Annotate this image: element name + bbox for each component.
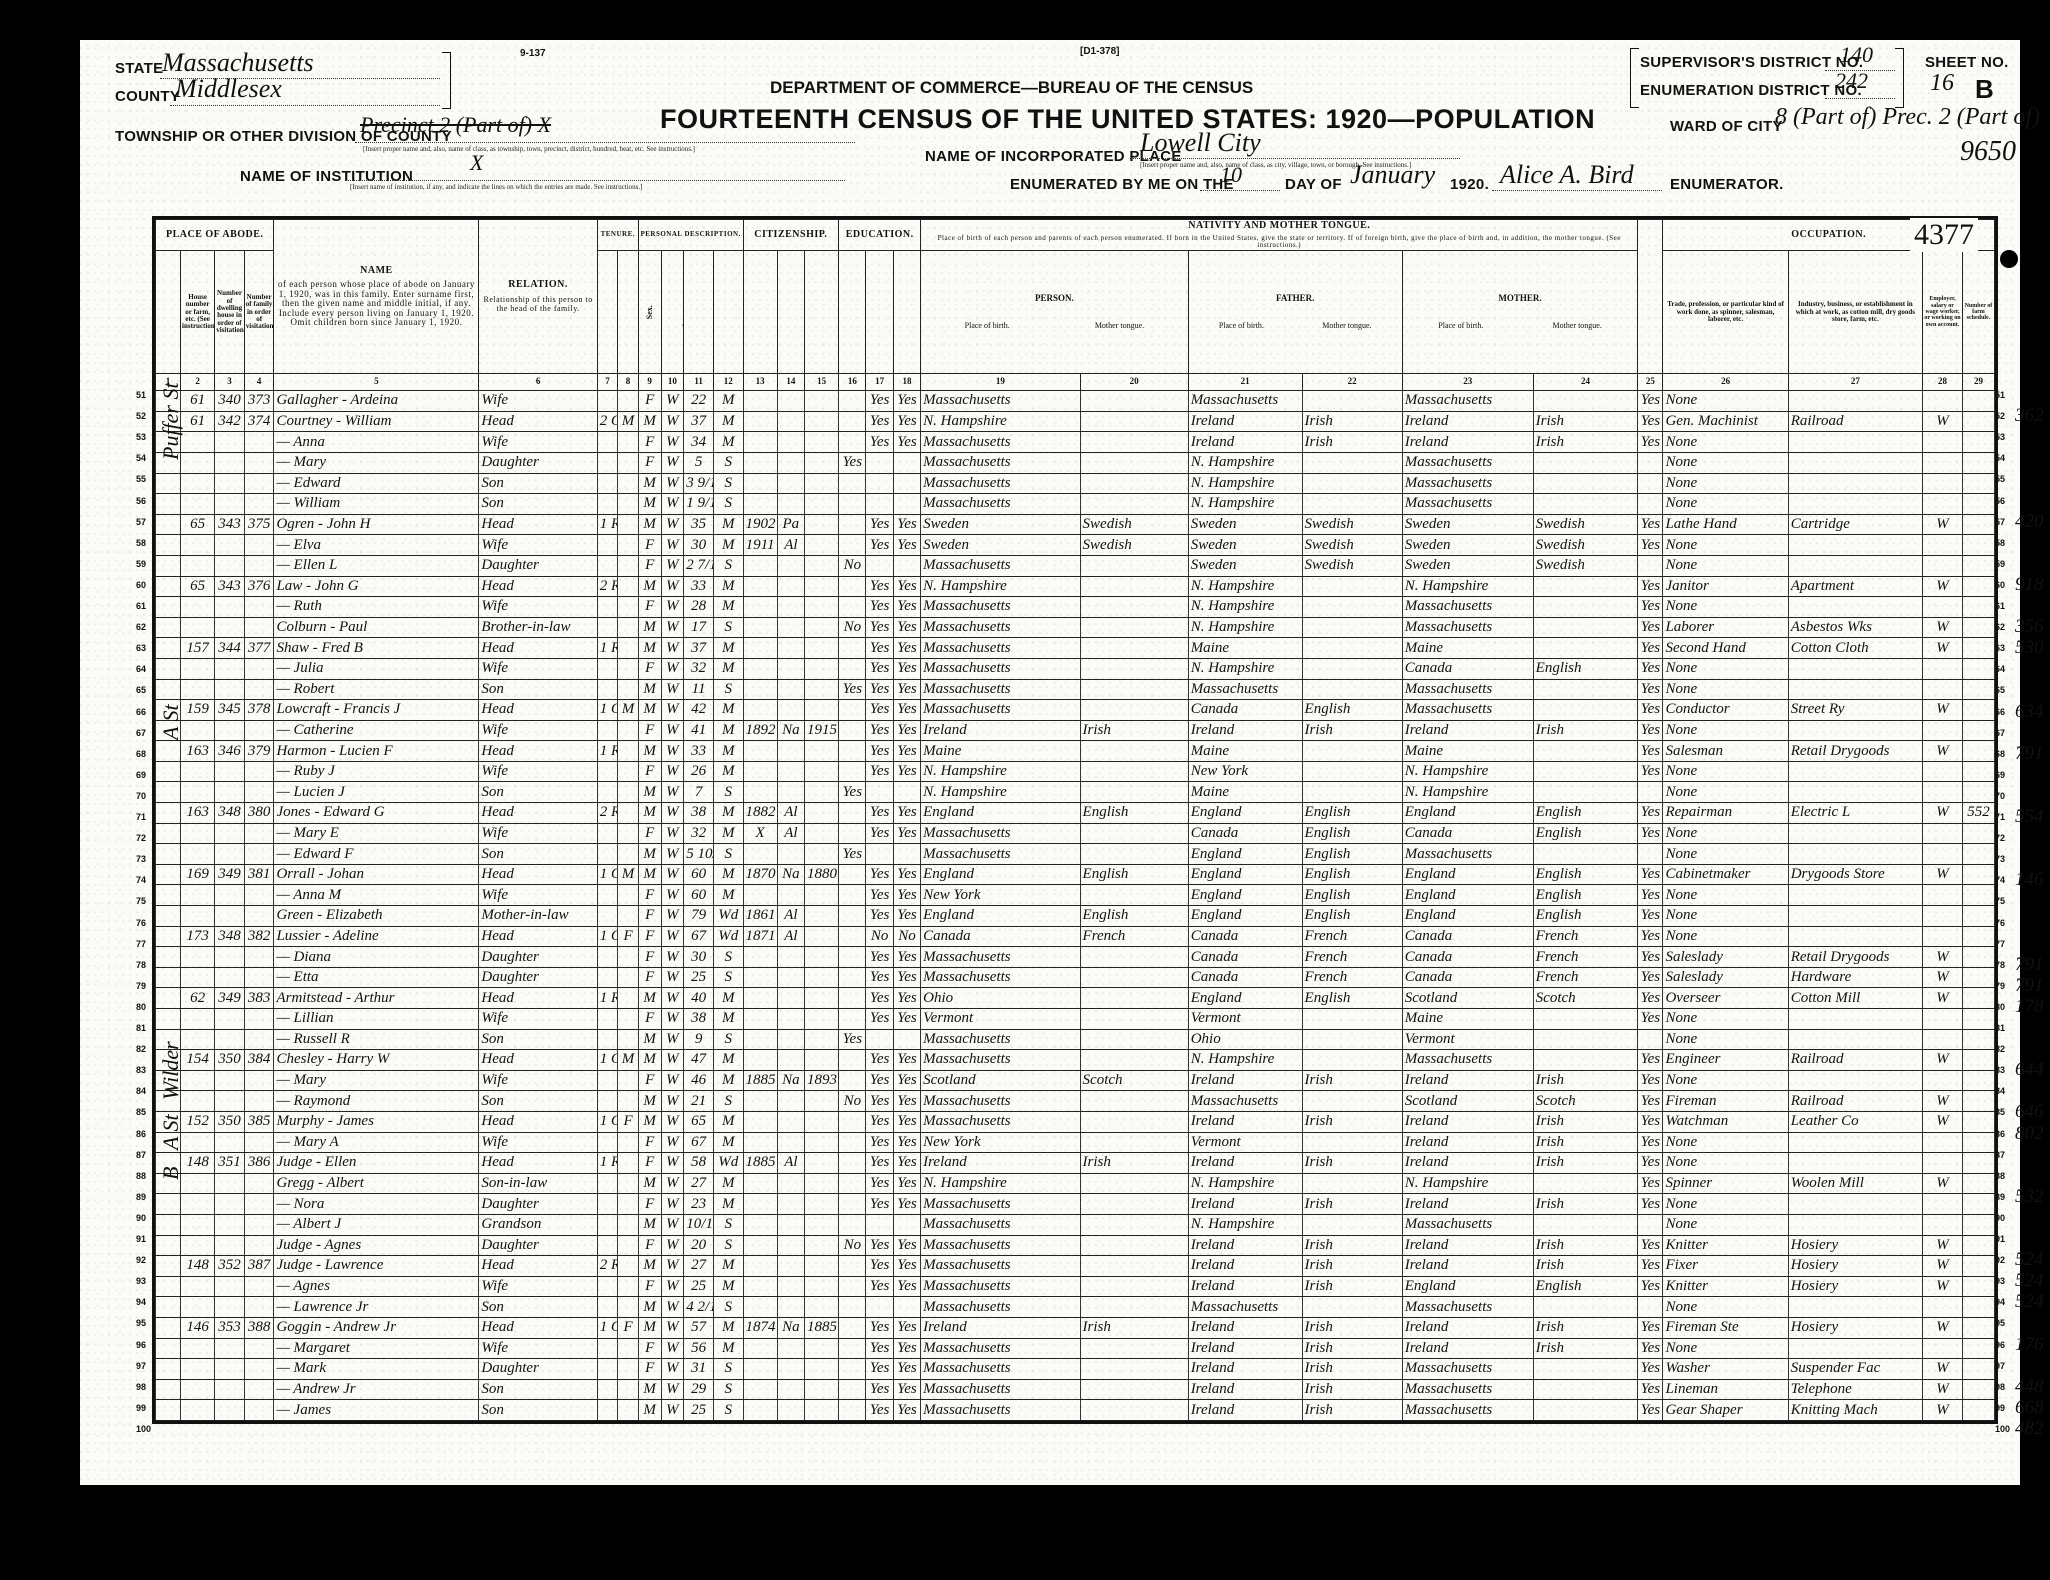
cell-owned: [597, 1359, 617, 1380]
line-number: 96: [1995, 1340, 2005, 1350]
cell-pob: Ireland: [921, 1317, 1080, 1338]
cell-nat: [777, 411, 804, 432]
cell-street: [156, 576, 181, 597]
census-table-container: PLACE OF ABODE. NAME of each person whos…: [152, 216, 1998, 1424]
cell-class: W: [1923, 967, 1963, 988]
cell-age: 32: [684, 823, 714, 844]
cell-class: [1923, 1132, 1963, 1153]
cell-age: 35: [684, 514, 714, 535]
line-number-left: 57: [136, 517, 146, 527]
occupation-code: 918: [2015, 574, 2044, 596]
cell-street: [156, 1379, 181, 1400]
occupation-code: 634: [2015, 701, 2044, 723]
cell-house: [181, 1194, 215, 1215]
cell-industry: Retail Drygoods: [1788, 947, 1922, 968]
cell-immig: [743, 1400, 777, 1421]
cell-owned: [597, 1297, 617, 1318]
cell-relation: Son: [479, 1379, 597, 1400]
cell-natyr: [805, 432, 839, 453]
cell-m_tongue: Irish: [1533, 1153, 1638, 1174]
cell-immig: [743, 782, 777, 803]
line-number: 71: [1995, 812, 2005, 822]
cell-read: Yes: [866, 1194, 893, 1215]
cell-farm: [1962, 988, 1994, 1009]
cell-natyr: [805, 1276, 839, 1297]
township-note: [Insert proper name and, also, name of c…: [363, 145, 695, 153]
col-number-12: 12: [713, 374, 743, 391]
cell-school: [839, 947, 866, 968]
cell-sex: F: [638, 823, 661, 844]
cell-immig: X: [743, 823, 777, 844]
cell-farm: [1962, 432, 1994, 453]
cell-family: [244, 844, 274, 865]
cell-natyr: [805, 1256, 839, 1277]
cell-f_tongue: [1302, 679, 1402, 700]
enumeration-line: [1825, 98, 1895, 99]
cell-owned: [597, 617, 617, 638]
cell-sex: M: [638, 576, 661, 597]
cell-farm: [1962, 1317, 1994, 1338]
cell-trade: None: [1663, 844, 1788, 865]
table-row: — MargaretWifeFW56MYesYesMassachusettsIr…: [156, 1338, 1995, 1359]
cell-natyr: [805, 906, 839, 927]
occupation-code: 178: [2015, 996, 2044, 1018]
cell-english: Yes: [1638, 638, 1663, 659]
cell-f_pob: New York: [1188, 761, 1302, 782]
cell-pob: Massachusetts: [921, 1194, 1080, 1215]
cell-school: [839, 432, 866, 453]
cell-m_tongue: Irish: [1533, 1256, 1638, 1277]
cell-dwelling: 351: [215, 1153, 245, 1174]
line-number: 52: [1995, 411, 2005, 421]
cell-street: [156, 885, 181, 906]
cell-m_pob: N. Hampshire: [1402, 782, 1533, 803]
cell-house: 61: [181, 391, 215, 412]
cell-pob: N. Hampshire: [921, 576, 1080, 597]
table-row: Judge - AgnesDaughterFW20SNoYesYesMassac…: [156, 1235, 1995, 1256]
cell-f_tongue: [1302, 617, 1402, 638]
cell-m_tongue: English: [1533, 864, 1638, 885]
col-number-10: 10: [661, 374, 684, 391]
cell-industry: [1788, 1153, 1922, 1174]
cell-school: Yes: [839, 782, 866, 803]
cell-nat: [777, 494, 804, 515]
group-name: NAME of each person whose place of abode…: [274, 220, 479, 374]
line-number-left: 88: [136, 1171, 146, 1181]
cell-owned: [597, 1173, 617, 1194]
cell-nat: [777, 555, 804, 576]
cell-house: [181, 494, 215, 515]
cell-marital: M: [713, 1132, 743, 1153]
enum-month: January: [1350, 160, 1435, 190]
cell-name: Judge - Agnes: [274, 1235, 479, 1256]
cell-class: [1923, 1029, 1963, 1050]
cell-f_pob: Canada: [1188, 700, 1302, 721]
cell-house: [181, 1091, 215, 1112]
cell-f_tongue: [1302, 1214, 1402, 1235]
cell-m_tongue: English: [1533, 823, 1638, 844]
cell-sex: M: [638, 1297, 661, 1318]
cell-m_tongue: Irish: [1533, 1235, 1638, 1256]
cell-industry: [1788, 782, 1922, 803]
cell-mortgage: [618, 844, 638, 865]
line-number: 73: [1995, 854, 2005, 864]
cell-marital: S: [713, 782, 743, 803]
cell-read: [866, 473, 893, 494]
street-note: Puffer St: [158, 382, 184, 460]
col-3-header: Number of dwelling house in order of vis…: [215, 251, 245, 374]
cell-street: [156, 1297, 181, 1318]
cell-m_pob: Maine: [1402, 638, 1533, 659]
cell-industry: [1788, 1009, 1922, 1030]
cell-race: W: [661, 1173, 684, 1194]
cell-immig: 1871: [743, 926, 777, 947]
cell-industry: [1788, 1297, 1922, 1318]
cell-farm: 552: [1962, 803, 1994, 824]
cell-name: Gallagher - Ardeina: [274, 391, 479, 412]
cell-owned: [597, 1194, 617, 1215]
cell-f_pob: England: [1188, 864, 1302, 885]
cell-natyr: [805, 1235, 839, 1256]
cell-m_tongue: English: [1533, 906, 1638, 927]
cell-m_tongue: [1533, 1297, 1638, 1318]
cell-f_tongue: Swedish: [1302, 535, 1402, 556]
cell-school: [839, 720, 866, 741]
cell-family: 386: [244, 1153, 274, 1174]
cell-mortgage: [618, 1091, 638, 1112]
cell-tongue: [1080, 1400, 1188, 1421]
cell-read: Yes: [866, 679, 893, 700]
col-number-16: 16: [839, 374, 866, 391]
cell-sex: F: [638, 926, 661, 947]
cell-tongue: [1080, 1276, 1188, 1297]
cell-owned: [597, 720, 617, 741]
cell-pob: Massachusetts: [921, 947, 1080, 968]
cell-sex: M: [638, 494, 661, 515]
township-line: [355, 142, 855, 143]
cell-pob: Ireland: [921, 1153, 1080, 1174]
cell-m_pob: Massachusetts: [1402, 391, 1533, 412]
cell-class: W: [1923, 1111, 1963, 1132]
cell-school: Yes: [839, 452, 866, 473]
cell-house: [181, 1297, 215, 1318]
cell-f_pob: Ireland: [1188, 1256, 1302, 1277]
cell-farm: [1962, 782, 1994, 803]
cell-english: [1638, 555, 1663, 576]
cell-trade: None: [1663, 473, 1788, 494]
cell-relation: Head: [479, 1317, 597, 1338]
cell-street: [156, 803, 181, 824]
cell-dwelling: [215, 679, 245, 700]
cell-race: W: [661, 761, 684, 782]
cell-f_pob: England: [1188, 803, 1302, 824]
cell-age: 1 9/12: [684, 494, 714, 515]
cell-name: Jones - Edward G: [274, 803, 479, 824]
cell-mortgage: [618, 761, 638, 782]
cell-m_tongue: Irish: [1533, 1317, 1638, 1338]
col-number-26: 26: [1663, 374, 1788, 391]
cell-read: Yes: [866, 391, 893, 412]
cell-owned: [597, 1029, 617, 1050]
enum-day: 10: [1220, 162, 1242, 188]
cell-natyr: [805, 1359, 839, 1380]
line-number: 100: [1995, 1424, 2010, 1434]
cell-m_tongue: [1533, 1379, 1638, 1400]
cell-f_tongue: [1302, 1173, 1402, 1194]
cell-english: Yes: [1638, 1338, 1663, 1359]
cell-class: [1923, 1338, 1963, 1359]
cell-house: [181, 452, 215, 473]
cell-immig: 1885: [743, 1070, 777, 1091]
cell-nat: [777, 391, 804, 412]
cell-house: 65: [181, 576, 215, 597]
relation-heading: RELATION.: [480, 280, 595, 291]
line-number: 55: [1995, 474, 2005, 484]
cell-relation: Son: [479, 494, 597, 515]
cell-dwelling: [215, 452, 245, 473]
cell-write: Yes: [893, 803, 920, 824]
cell-f_tongue: [1302, 1050, 1402, 1071]
cell-race: W: [661, 658, 684, 679]
cell-f_pob: Ireland: [1188, 1359, 1302, 1380]
cell-trade: Knitter: [1663, 1276, 1788, 1297]
cell-relation: Head: [479, 411, 597, 432]
cell-relation: Wife: [479, 1276, 597, 1297]
cell-m_pob: Ireland: [1402, 1132, 1533, 1153]
cell-f_pob: N. Hampshire: [1188, 617, 1302, 638]
cell-school: No: [839, 1235, 866, 1256]
cell-mortgage: [618, 885, 638, 906]
cell-m_pob: England: [1402, 885, 1533, 906]
col-number-15: 15: [805, 374, 839, 391]
cell-dwelling: [215, 1379, 245, 1400]
table-row: — RobertSonMW11SYesYesYesMassachusettsMa…: [156, 679, 1995, 700]
cell-read: Yes: [866, 885, 893, 906]
cell-dwelling: 343: [215, 576, 245, 597]
cell-f_pob: England: [1188, 988, 1302, 1009]
cell-age: 7: [684, 782, 714, 803]
cell-english: Yes: [1638, 535, 1663, 556]
line-number-left: 54: [136, 453, 146, 463]
cell-street: [156, 494, 181, 515]
occupation-code: 524: [2015, 1291, 2044, 1313]
cell-sex: M: [638, 1029, 661, 1050]
cell-street: [156, 638, 181, 659]
cell-natyr: [805, 452, 839, 473]
cell-age: 58: [684, 1153, 714, 1174]
cell-industry: [1788, 679, 1922, 700]
group-abode: PLACE OF ABODE.: [156, 220, 274, 251]
cell-english: Yes: [1638, 1235, 1663, 1256]
cell-street: [156, 741, 181, 762]
cell-pob: Massachusetts: [921, 391, 1080, 412]
cell-natyr: [805, 947, 839, 968]
cell-f_pob: Canada: [1188, 926, 1302, 947]
line-number-left: 64: [136, 664, 146, 674]
cell-f_tongue: Irish: [1302, 411, 1402, 432]
cell-tongue: [1080, 638, 1188, 659]
cell-marital: M: [713, 885, 743, 906]
cell-family: [244, 473, 274, 494]
cell-sex: F: [638, 1359, 661, 1380]
cell-name: — Lillian: [274, 1009, 479, 1030]
cell-sex: F: [638, 452, 661, 473]
township-value: Precinct 2 (Part of) X: [360, 112, 551, 138]
cell-english: Yes: [1638, 1359, 1663, 1380]
cell-family: [244, 885, 274, 906]
col-number-8: 8: [618, 374, 638, 391]
cell-relation: Mother-in-law: [479, 906, 597, 927]
cell-m_tongue: Swedish: [1533, 555, 1638, 576]
cell-tongue: [1080, 432, 1188, 453]
cell-sex: F: [638, 1235, 661, 1256]
cell-industry: [1788, 1070, 1922, 1091]
cell-farm: [1962, 679, 1994, 700]
cell-f_tongue: Swedish: [1302, 555, 1402, 576]
cell-farm: [1962, 947, 1994, 968]
cell-age: 23: [684, 1194, 714, 1215]
cell-name: Goggin - Andrew Jr: [274, 1317, 479, 1338]
line-number-left: 85: [136, 1107, 146, 1117]
cell-industry: Hosiery: [1788, 1317, 1922, 1338]
cell-trade: Gear Shaper: [1663, 1400, 1788, 1421]
cell-m_tongue: English: [1533, 1276, 1638, 1297]
cell-dwelling: [215, 1359, 245, 1380]
cell-family: [244, 967, 274, 988]
cell-age: 11: [684, 679, 714, 700]
cell-immig: [743, 1029, 777, 1050]
cell-owned: 1 R: [597, 514, 617, 535]
cell-relation: Wife: [479, 1070, 597, 1091]
cell-name: — Diana: [274, 947, 479, 968]
enumeration-label: ENUMERATION DISTRICT NO.: [1640, 82, 1862, 99]
cell-family: [244, 1276, 274, 1297]
cell-marital: S: [713, 1359, 743, 1380]
cell-family: 375: [244, 514, 274, 535]
cell-trade: None: [1663, 555, 1788, 576]
line-number-left: 97: [136, 1361, 146, 1371]
cell-mortgage: [618, 1400, 638, 1421]
cell-f_pob: Vermont: [1188, 1132, 1302, 1153]
cell-write: [893, 452, 920, 473]
cell-farm: [1962, 864, 1994, 885]
cell-m_tongue: [1533, 452, 1638, 473]
cell-marital: M: [713, 864, 743, 885]
cell-f_tongue: [1302, 1029, 1402, 1050]
cell-race: W: [661, 391, 684, 412]
cell-f_tongue: Irish: [1302, 1153, 1402, 1174]
cell-immig: [743, 1091, 777, 1112]
cell-sex: M: [638, 1173, 661, 1194]
cell-street: [156, 1338, 181, 1359]
cell-f_tongue: [1302, 1297, 1402, 1318]
cell-sex: M: [638, 514, 661, 535]
cell-natyr: [805, 1091, 839, 1112]
cell-f_tongue: English: [1302, 885, 1402, 906]
cell-f_tongue: Irish: [1302, 1235, 1402, 1256]
line-number-left: 58: [136, 538, 146, 548]
cell-immig: 1870: [743, 864, 777, 885]
cell-trade: Gen. Machinist: [1663, 411, 1788, 432]
cell-immig: [743, 700, 777, 721]
cell-class: [1923, 432, 1963, 453]
table-row: — AgnesWifeFW25MYesYesMassachusettsIrela…: [156, 1276, 1995, 1297]
cell-class: W: [1923, 864, 1963, 885]
cell-trade: Watchman: [1663, 1111, 1788, 1132]
cell-street: [156, 782, 181, 803]
cell-f_tongue: English: [1302, 906, 1402, 927]
cell-age: 17: [684, 617, 714, 638]
cell-natyr: [805, 823, 839, 844]
cell-class: W: [1923, 1173, 1963, 1194]
line-number-left: 51: [136, 390, 146, 400]
occupation-code: 524: [2015, 1249, 2044, 1271]
nativity-heading: NATIVITY AND MOTHER TONGUE.: [922, 221, 1636, 232]
cell-f_tongue: Irish: [1302, 432, 1402, 453]
cell-english: Yes: [1638, 1400, 1663, 1421]
cell-read: Yes: [866, 658, 893, 679]
line-number-left: 86: [136, 1129, 146, 1139]
line-number: 61: [1995, 601, 2005, 611]
cell-mortgage: [618, 514, 638, 535]
cell-pob: Ireland: [921, 720, 1080, 741]
cell-write: Yes: [893, 947, 920, 968]
table-row: 169349381Orrall - JohanHead1 OMMW60M1870…: [156, 864, 1995, 885]
cell-house: [181, 535, 215, 556]
cell-dwelling: [215, 1235, 245, 1256]
cell-relation: Daughter: [479, 452, 597, 473]
cell-marital: S: [713, 967, 743, 988]
cell-marital: S: [713, 1235, 743, 1256]
cell-name: Courtney - William: [274, 411, 479, 432]
line-number: 81: [1995, 1023, 2005, 1033]
cell-farm: [1962, 638, 1994, 659]
line-number-left: 63: [136, 643, 146, 653]
cell-name: Murphy - James: [274, 1111, 479, 1132]
cell-immig: [743, 1297, 777, 1318]
cell-m_pob: Massachusetts: [1402, 597, 1533, 618]
cell-marital: S: [713, 947, 743, 968]
cell-race: W: [661, 844, 684, 865]
cell-nat: [777, 741, 804, 762]
cell-m_pob: N. Hampshire: [1402, 576, 1533, 597]
cell-race: W: [661, 823, 684, 844]
cell-sex: M: [638, 864, 661, 885]
cell-mortgage: [618, 432, 638, 453]
cell-immig: [743, 967, 777, 988]
col-9-header: Sex.: [638, 251, 661, 374]
cell-class: [1923, 885, 1963, 906]
cell-m_tongue: [1533, 761, 1638, 782]
cell-school: [839, 1297, 866, 1318]
cell-english: Yes: [1638, 411, 1663, 432]
cell-m_tongue: Irish: [1533, 1111, 1638, 1132]
line-number-left: 76: [136, 918, 146, 928]
cell-name: Lussier - Adeline: [274, 926, 479, 947]
cell-f_tongue: [1302, 658, 1402, 679]
cell-read: Yes: [866, 700, 893, 721]
cell-nat: [777, 1091, 804, 1112]
cell-immig: [743, 1214, 777, 1235]
cell-industry: Knitting Mach: [1788, 1400, 1922, 1421]
cell-f_pob: Massachusetts: [1188, 679, 1302, 700]
district-bracket-left: [1630, 48, 1639, 108]
cell-family: 381: [244, 864, 274, 885]
cell-m_tongue: Scotch: [1533, 988, 1638, 1009]
line-number: 57: [1995, 517, 2005, 527]
cell-f_tongue: Irish: [1302, 1070, 1402, 1091]
cell-street: [156, 679, 181, 700]
